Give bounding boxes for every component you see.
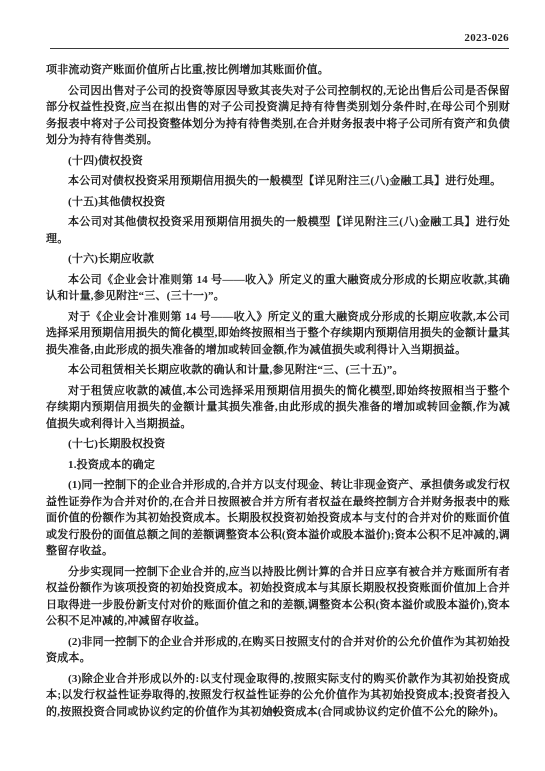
continuation-paragraph: 项非流动资产账面价值所占比重,按比例增加其账面价值。 bbox=[46, 62, 510, 79]
body-paragraph: 本公司对其他债权投资采用预期信用损失的一般模型【详见附注三(八)金融工具】进行处… bbox=[46, 214, 510, 247]
body-paragraph: (2)非同一控制下的企业合并形成的,在购买日按照支付的合并对价的公允价值作为其初… bbox=[46, 634, 510, 667]
body-paragraph: (1)同一控制下的企业合并形成的,合并方以支付现金、转让非现金资产、承担债务或发… bbox=[46, 477, 510, 560]
page-number: 46 bbox=[267, 706, 278, 717]
section-heading-16-long-term-receivables: (十六)长期应收款 bbox=[46, 251, 510, 268]
page-header: 2023-026 bbox=[50, 28, 509, 49]
doc-number: 2023-026 bbox=[464, 32, 509, 44]
body-paragraph: 公司因出售对子公司的投资等原因导致其丧失对子公司控制权的,无论出售后公司是否保留… bbox=[46, 83, 510, 149]
body-paragraph: 本公司《企业会计准则第 14 号——收入》所定义的重大融资成分形成的长期应收款,… bbox=[46, 272, 510, 305]
section-heading-15-other-debt-investment: (十五)其他债权投资 bbox=[46, 194, 510, 211]
body-paragraph: 对于《企业会计准则第 14 号——收入》所定义的重大融资成分形成的长期应收款,本… bbox=[46, 309, 510, 359]
body-paragraph: 对于租赁应收款的减值,本公司选择采用预期信用损失的简化模型,即始终按照相当于整个… bbox=[46, 383, 510, 433]
document-body: 项非流动资产账面价值所占比重,按比例增加其账面价值。 公司因出售对子公司的投资等… bbox=[46, 62, 510, 720]
section-heading-14-debt-investment: (十四)债权投资 bbox=[46, 153, 510, 170]
page-footer: 46 bbox=[0, 701, 545, 719]
body-paragraph: 本公司租赁相关长期应收款的确认和计量,参见附注“三、(三十五)”。 bbox=[46, 362, 510, 379]
document-page: 2023-026 项非流动资产账面价值所占比重,按比例增加其账面价值。 公司因出… bbox=[0, 0, 545, 771]
body-paragraph: 本公司对债权投资采用预期信用损失的一般模型【详见附注三(八)金融工具】进行处理。 bbox=[46, 173, 510, 190]
body-paragraph: 分步实现同一控制下企业合并的,应当以持股比例计算的合并日应享有被合并方账面所有者… bbox=[46, 564, 510, 630]
section-heading-17-long-term-equity-investment: (十七)长期股权投资 bbox=[46, 436, 510, 453]
subsection-heading-investment-cost: 1.投资成本的确定 bbox=[46, 457, 510, 474]
